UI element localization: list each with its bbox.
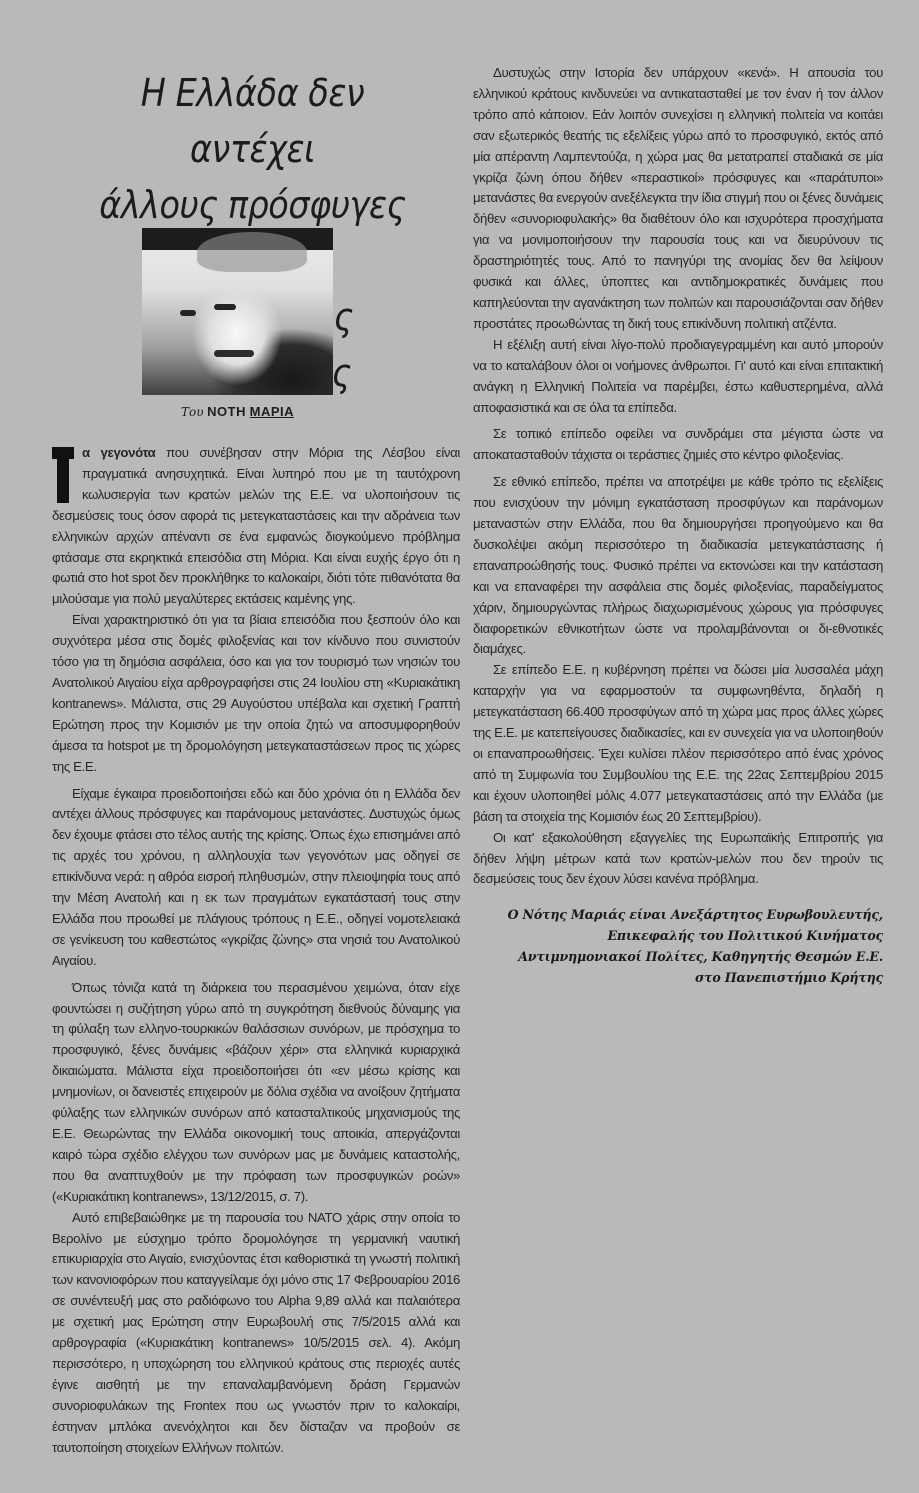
byline-first-name: ΝΟΤΗ bbox=[207, 404, 246, 419]
dropcap-letter bbox=[52, 447, 74, 503]
paragraph: Οι κατ' εξακολούθηση εξαγγελίες της Ευρω… bbox=[473, 828, 883, 891]
paragraph-text: που συνέβησαν στην Μόρια της Λέσβου είνα… bbox=[52, 445, 460, 606]
photo-eye-shape bbox=[214, 304, 236, 310]
article-column-right: Δυστυχώς στην Ιστορία δεν υπάρχουν «κενά… bbox=[473, 63, 883, 988]
paragraph: Η εξέλιξη αυτή είναι λίγο-πολύ προδιαγεγ… bbox=[473, 335, 883, 419]
lead-bold-text: α γεγονότα bbox=[82, 445, 155, 460]
signature-line: στο Πανεπιστήμιο Κρήτης bbox=[473, 967, 883, 988]
paragraph: Σε τοπικό επίπεδο οφείλει να συνδράμει σ… bbox=[473, 424, 883, 466]
byline: Του ΝΟΤΗ ΜΑΡΙΑ bbox=[142, 404, 333, 419]
newspaper-page: Η Ελλάδα δεν αντέχει άλλους πρόσφυγες κα… bbox=[0, 0, 919, 1493]
signature-line: Ο Νότης Μαριάς είναι Ανεξάρτητος Ευρωβου… bbox=[473, 904, 883, 925]
author-photo bbox=[142, 228, 333, 395]
paragraph: Είχαμε έγκαιρα προειδοποιήσει εδώ και δύ… bbox=[52, 784, 460, 972]
headline-line-1: Η Ελλάδα δεν αντέχει bbox=[83, 65, 422, 177]
signature-line: Αντιμνημονιακοί Πολίτες, Καθηγητής Θεσμώ… bbox=[473, 946, 883, 967]
paragraph: α γεγονότα που συνέβησαν στην Μόρια της … bbox=[52, 443, 460, 610]
dropcap-stem bbox=[57, 447, 69, 503]
byline-prefix: Του bbox=[181, 405, 204, 419]
author-signature: Ο Νότης Μαριάς είναι Ανεξάρτητος Ευρωβου… bbox=[473, 904, 883, 988]
paragraph: Όπως τόνιζα κατά τη διάρκεια του περασμέ… bbox=[52, 978, 460, 1208]
paragraph: Δυστυχώς στην Ιστορία δεν υπάρχουν «κενά… bbox=[473, 63, 883, 335]
paragraph: Σε εθνικό επίπεδο, πρέπει να αποτρέψει μ… bbox=[473, 472, 883, 660]
byline-last-name: ΜΑΡΙΑ bbox=[250, 404, 294, 419]
photo-hair-shape bbox=[197, 232, 307, 272]
photo-mouth-shape bbox=[214, 350, 254, 357]
paragraph: Αυτό επιβεβαιώθηκε με τη παρουσία του ΝΑ… bbox=[52, 1208, 460, 1459]
paragraph: Σε επίπεδο Ε.Ε. η κυβέρνηση πρέπει να δώ… bbox=[473, 660, 883, 827]
paragraph: Είναι χαρακτηριστικό ότι για τα βίαια επ… bbox=[52, 610, 460, 777]
article-column-left: α γεγονότα που συνέβησαν στην Μόρια της … bbox=[52, 443, 460, 1459]
signature-line: Επικεφαλής του Πολιτικού Κινήματος bbox=[473, 925, 883, 946]
photo-eye-shape bbox=[180, 310, 196, 316]
